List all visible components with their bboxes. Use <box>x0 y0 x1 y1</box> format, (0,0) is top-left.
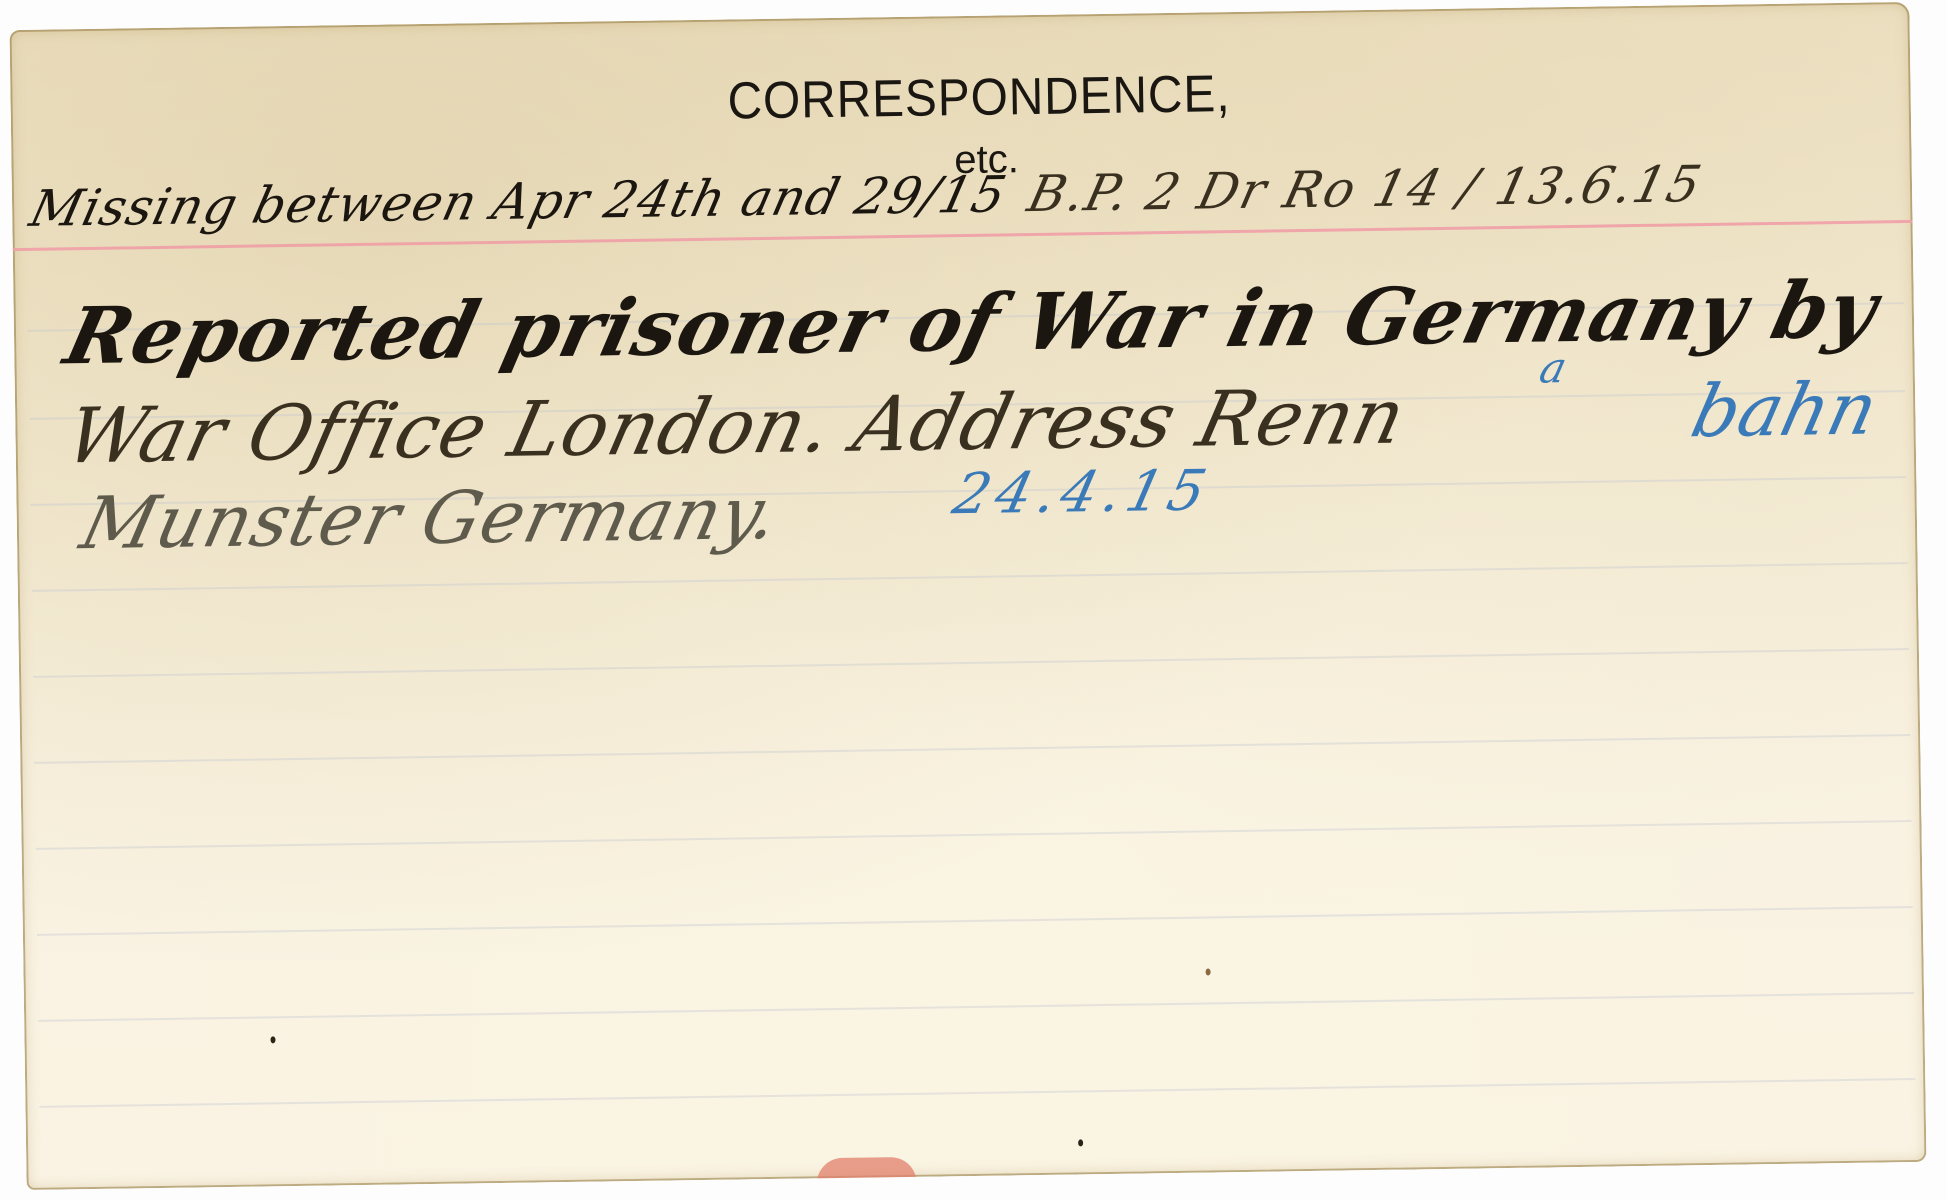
ruled-line <box>38 992 1914 1022</box>
handwritten-blue-date: 24.4.15 <box>947 458 1218 527</box>
ruled-line <box>37 906 1913 936</box>
ruled-line <box>36 820 1912 850</box>
paper-speck <box>1078 1139 1083 1146</box>
paper-speck <box>270 1036 275 1043</box>
scan-background: CORRESPONDENCE, etc. Missing between Apr… <box>0 0 1947 1200</box>
ruled-line <box>34 734 1910 764</box>
ruled-line <box>32 562 1908 592</box>
handwritten-blue-correction: bahn <box>1684 366 1885 453</box>
paper-speck <box>1206 968 1211 975</box>
handwritten-prisoner-report: Reported prisoner of War in Germany by <box>57 264 1887 382</box>
ruled-line <box>39 1078 1915 1108</box>
index-card: CORRESPONDENCE, etc. Missing between Apr… <box>10 2 1927 1190</box>
red-stain-mark <box>816 1157 916 1184</box>
handwritten-location: Munster Germany. <box>73 471 787 566</box>
ruled-line <box>33 648 1909 678</box>
handwritten-reference-note: B.P. 2 Dr Ro 14 / 13.6.15 <box>1022 155 1708 223</box>
